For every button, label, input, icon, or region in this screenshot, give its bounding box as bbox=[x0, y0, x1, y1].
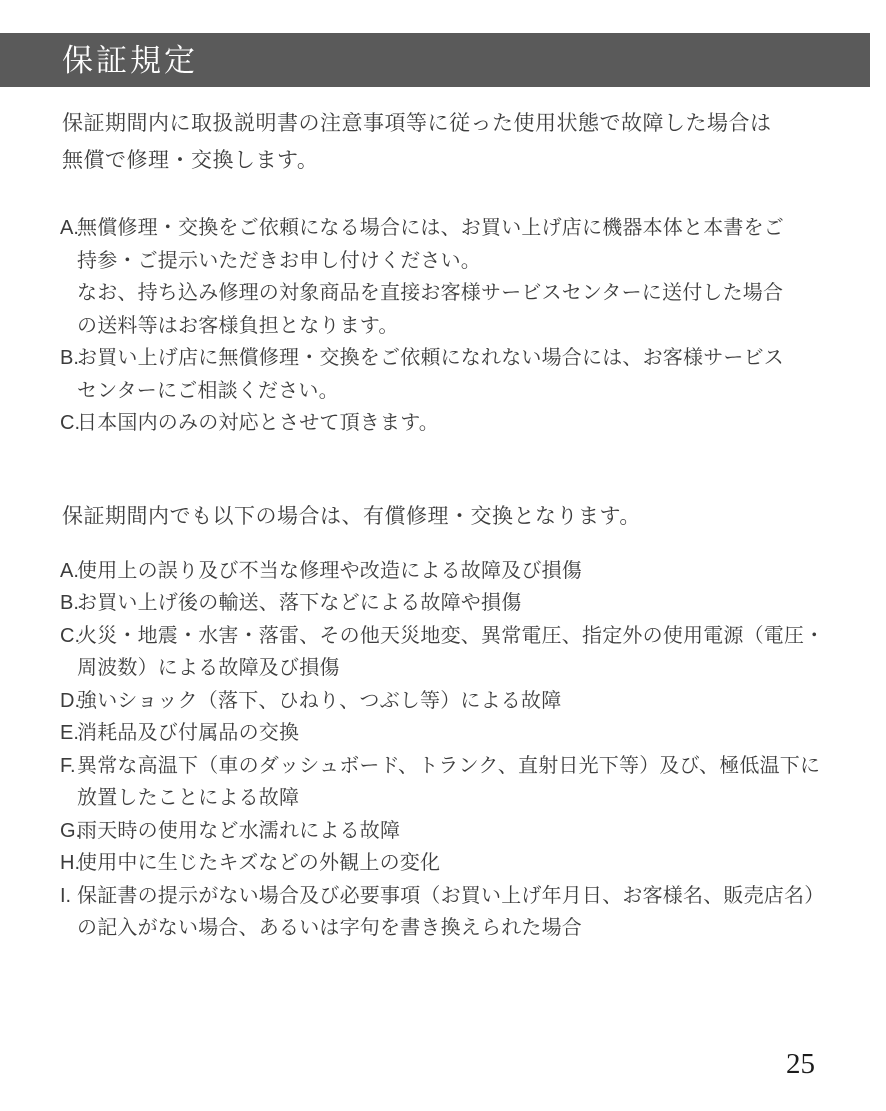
section-title-band: 保証規定 bbox=[0, 33, 870, 87]
list-item: B. お買い上げ後の輸送、落下などによる故障や損傷 bbox=[60, 587, 830, 620]
item-text: 雨天時の使用など水濡れによる故障 bbox=[77, 815, 830, 848]
warranty-free-repair-intro: 保証期間内に取扱説明書の注意事項等に従った使用状態で故障した場合は 無償で修理・… bbox=[62, 105, 830, 179]
item-text: 保証書の提示がない場合及び必要事項（お買い上げ年月日、お客様名、販売店名） の記… bbox=[77, 880, 830, 945]
paid-repair-conditions-list: A. 使用上の誤り及び不当な修理や改造による故障及び損傷 B. お買い上げ後の輸… bbox=[60, 555, 830, 945]
list-item: D. 強いショック（落下、ひねり、つぶし等）による故障 bbox=[60, 685, 830, 718]
item-letter: B. bbox=[60, 342, 77, 375]
paid-repair-intro: 保証期間内でも以下の場合は、有償修理・交換となります。 bbox=[62, 498, 830, 535]
item-letter: E. bbox=[60, 717, 77, 750]
item-letter: G. bbox=[60, 815, 77, 848]
item-text: お買い上げ後の輸送、落下などによる故障や損傷 bbox=[77, 587, 830, 620]
item-letter: B. bbox=[60, 587, 77, 620]
item-letter: I. bbox=[60, 880, 77, 913]
list-item: A. 使用上の誤り及び不当な修理や改造による故障及び損傷 bbox=[60, 555, 830, 588]
page-number: 25 bbox=[786, 1048, 815, 1081]
item-letter: C. bbox=[60, 620, 77, 653]
item-text: 火災・地震・水害・落雷、その他天災地変、異常電圧、指定外の使用電源（電圧・ 周波… bbox=[77, 620, 830, 685]
item-letter: H. bbox=[60, 847, 77, 880]
item-letter: C. bbox=[60, 407, 77, 440]
item-letter: A. bbox=[60, 212, 77, 245]
item-text: 消耗品及び付属品の交換 bbox=[77, 717, 830, 750]
list-item: B. お買い上げ店に無償修理・交換をご依頼になれない場合には、お客様サービス セ… bbox=[60, 342, 830, 407]
list-item: F. 異常な高温下（車のダッシュボード、トランク、直射日光下等）及び、極低温下に… bbox=[60, 750, 830, 815]
item-text: お買い上げ店に無償修理・交換をご依頼になれない場合には、お客様サービス センター… bbox=[77, 342, 830, 407]
list-item: C. 火災・地震・水害・落雷、その他天災地変、異常電圧、指定外の使用電源（電圧・… bbox=[60, 620, 830, 685]
list-item: E. 消耗品及び付属品の交換 bbox=[60, 717, 830, 750]
item-letter: A. bbox=[60, 555, 77, 588]
list-item: A. 無償修理・交換をご依頼になる場合には、お買い上げ店に機器本体と本書をご 持… bbox=[60, 212, 830, 342]
page-title: 保証規定 bbox=[62, 45, 198, 76]
item-text: 使用上の誤り及び不当な修理や改造による故障及び損傷 bbox=[77, 555, 830, 588]
item-text: 異常な高温下（車のダッシュボード、トランク、直射日光下等）及び、極低温下に 放置… bbox=[77, 750, 830, 815]
list-item: G. 雨天時の使用など水濡れによる故障 bbox=[60, 815, 830, 848]
page-content: 保証期間内に取扱説明書の注意事項等に従った使用状態で故障した場合は 無償で修理・… bbox=[62, 87, 830, 945]
item-text: 無償修理・交換をご依頼になる場合には、お買い上げ店に機器本体と本書をご 持参・ご… bbox=[77, 212, 830, 342]
item-letter: D. bbox=[60, 685, 77, 718]
item-text: 強いショック（落下、ひねり、つぶし等）による故障 bbox=[77, 685, 830, 718]
list-item: C. 日本国内のみの対応とさせて頂きます。 bbox=[60, 407, 830, 440]
item-text: 使用中に生じたキズなどの外観上の変化 bbox=[77, 847, 830, 880]
item-text: 日本国内のみの対応とさせて頂きます。 bbox=[77, 407, 830, 440]
item-letter: F. bbox=[60, 750, 77, 783]
list-item: I. 保証書の提示がない場合及び必要事項（お買い上げ年月日、お客様名、販売店名）… bbox=[60, 880, 830, 945]
list-item: H. 使用中に生じたキズなどの外観上の変化 bbox=[60, 847, 830, 880]
free-repair-conditions-list: A. 無償修理・交換をご依頼になる場合には、お買い上げ店に機器本体と本書をご 持… bbox=[60, 212, 830, 440]
